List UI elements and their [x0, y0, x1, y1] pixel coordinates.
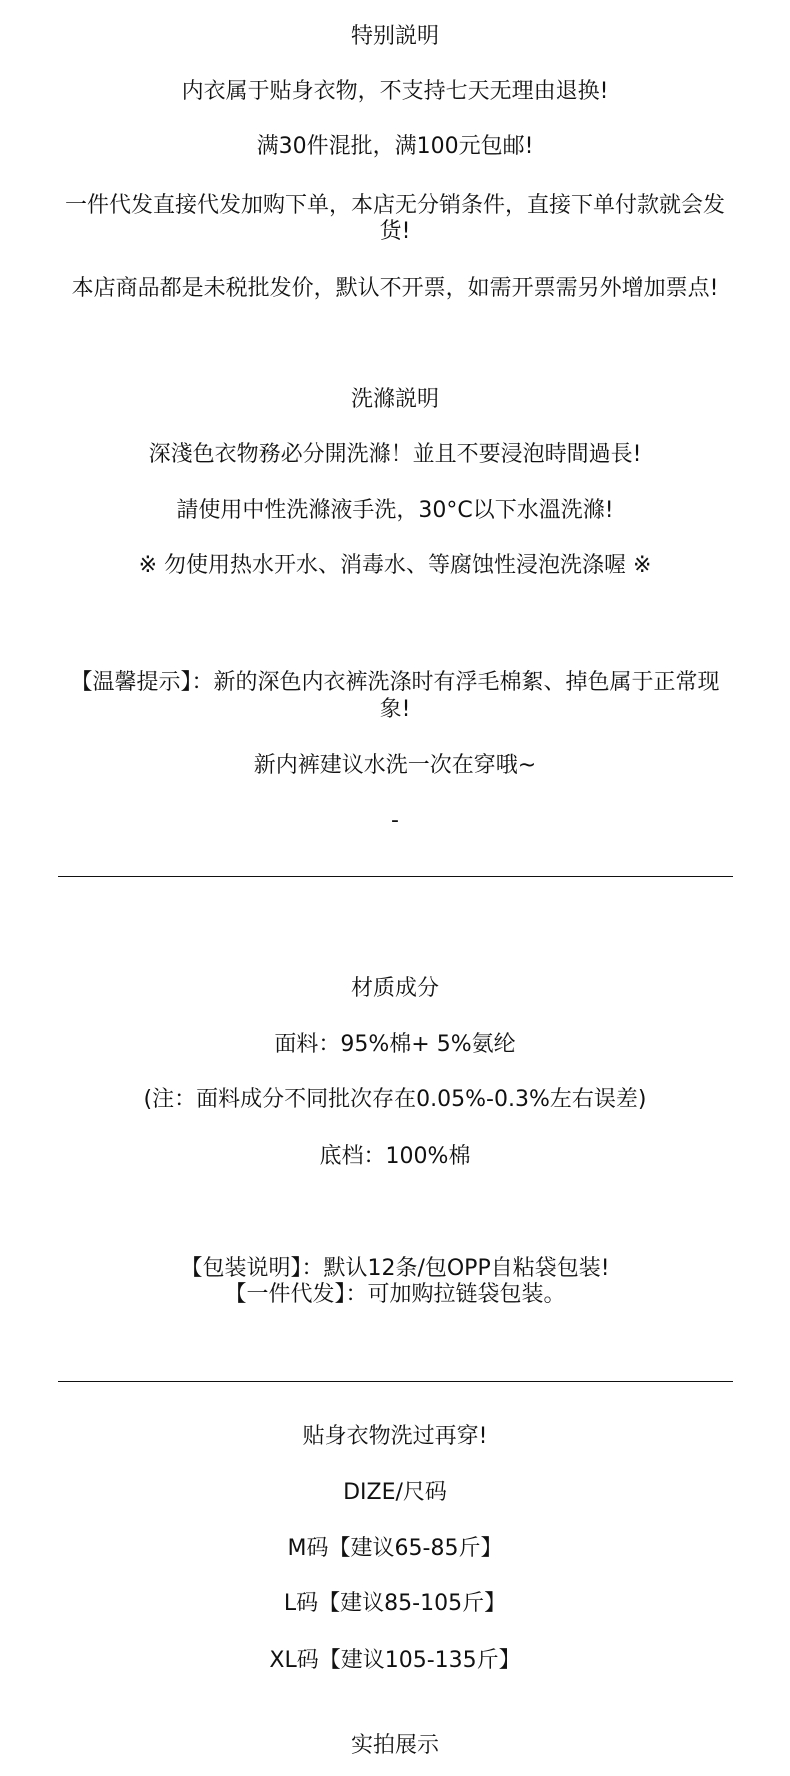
washing-separate-colors: 深淺色衣物務必分開洗滌！並且不要浸泡時間過長! — [30, 442, 760, 468]
divider-1 — [58, 876, 733, 877]
sizing-reminder: 贴身衣物洗过再穿! — [30, 1424, 760, 1450]
washing-title: 洗滌説明 — [30, 387, 760, 413]
tip-line2: 象! — [30, 697, 760, 723]
washing-warning: ※ 勿使用热水开水、消毒水、等腐蚀性浸泡洗涤喔 ※ — [30, 553, 760, 579]
size-l: L码【建议85-105斤】 — [30, 1591, 760, 1617]
gallery-title: 实拍展示 — [30, 1733, 760, 1759]
size-m: M码【建议65-85斤】 — [30, 1536, 760, 1562]
size-xl: XL码【建议105-135斤】 — [30, 1648, 760, 1674]
material-title: 材质成分 — [30, 976, 760, 1002]
tip-wash-before-wear: 新内裤建议水洗一次在穿哦~ — [30, 753, 760, 779]
washing-temperature: 請使用中性洗滌液手洗，30°C以下水溫洗滌! — [30, 498, 760, 524]
packaging-dropship: 【一件代发】：可加购拉链袋包装。 — [30, 1282, 760, 1308]
tip-line1: 【温馨提示】：新的深色内衣裤洗涤时有浮毛棉絮、掉色属于正常现 — [30, 670, 760, 696]
material-note: (注：面料成分不同批次存在0.05%-0.3%左右误差) — [30, 1087, 760, 1113]
special-notes-title: 特别説明 — [30, 24, 760, 50]
notice-invoice: 本店商品都是未税批发价，默认不开票，如需开票需另外增加票点! — [30, 276, 760, 302]
notice-no-return: 内衣属于贴身衣物，不支持七天无理由退换! — [30, 79, 760, 105]
material-crotch: 底档：100%棉 — [30, 1144, 760, 1170]
notice-dropship-line1: 一件代发直接代发加购下单，本店无分销条件，直接下单付款就会发 — [30, 193, 760, 219]
tip-dash: - — [30, 808, 760, 834]
notice-dropship-line2: 货! — [30, 219, 760, 245]
notice-free-shipping: 满30件混批，满100元包邮! — [30, 134, 760, 160]
material-fabric: 面料：95%棉+ 5%氨纶 — [30, 1032, 760, 1058]
packaging-default: 【包装说明】：默认12条/包OPP自粘袋包装! — [30, 1256, 760, 1282]
sizing-title: DIZE/尺码 — [30, 1480, 760, 1506]
divider-2 — [58, 1381, 733, 1382]
